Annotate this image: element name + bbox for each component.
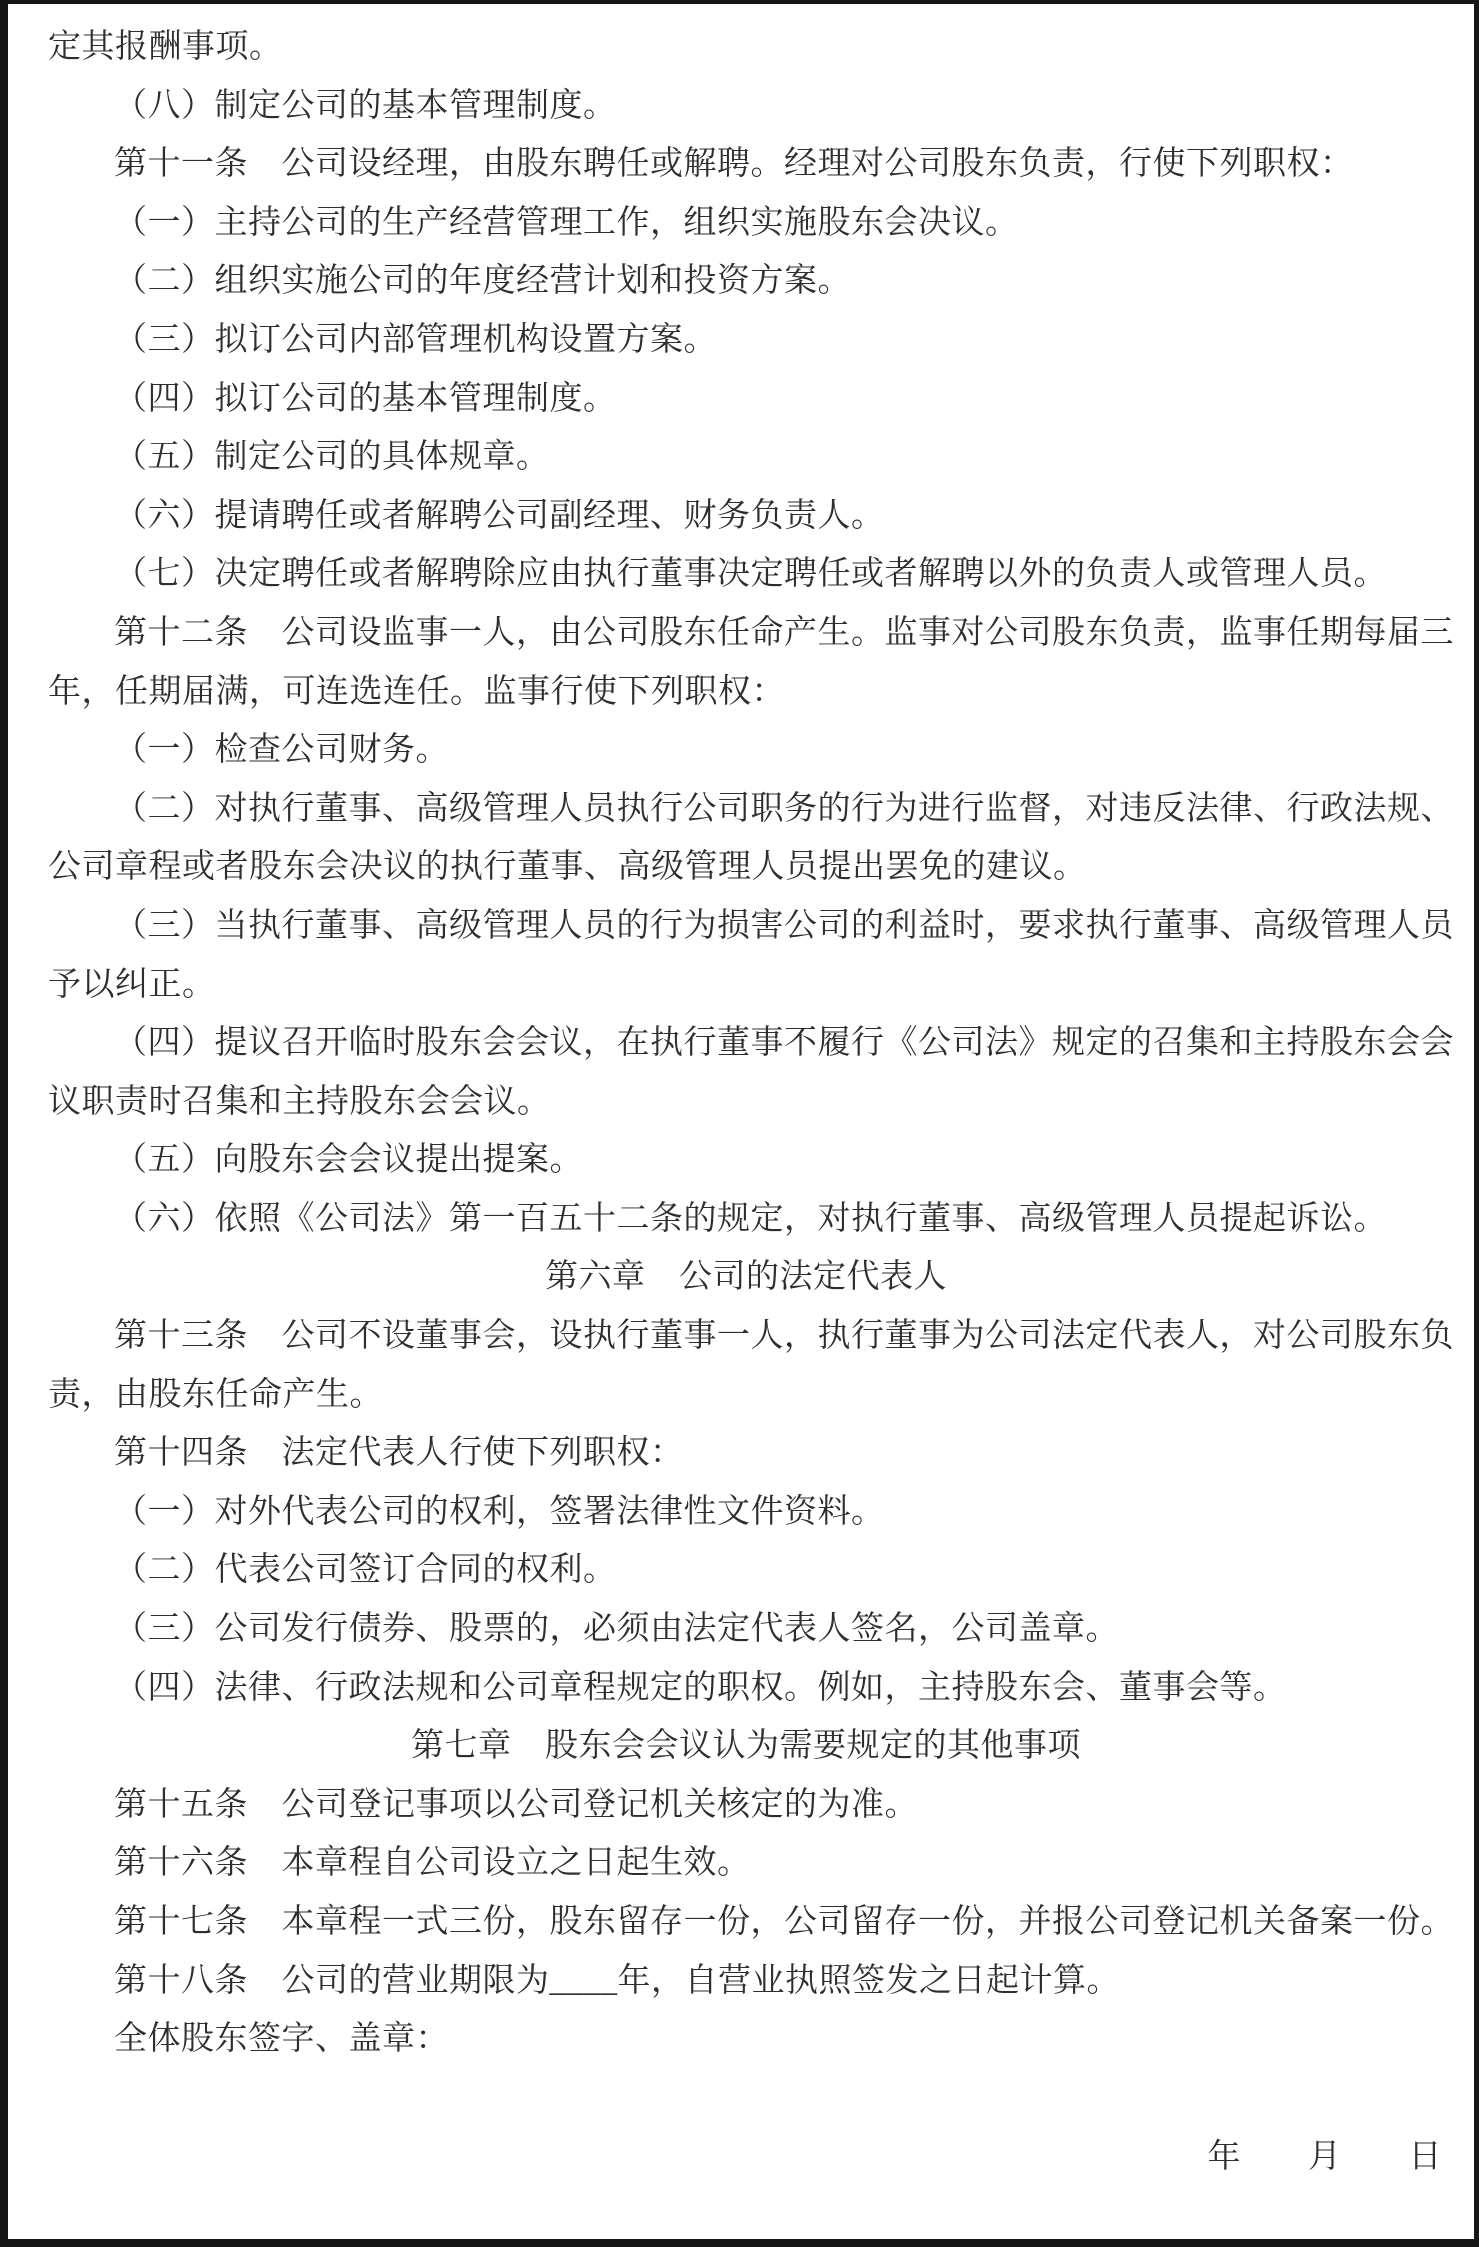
document-line: （三）拟订公司内部管理机构设置方案。 (48, 311, 1444, 370)
document-line: 年，任期届满，可连选连任。监事行使下列职权： (48, 663, 1444, 722)
document-page: 定其报酬事项。 （八）制定公司的基本管理制度。 第十一条 公司设经理，由股东聘任… (8, 4, 1474, 2239)
article-18-line: 第十八条 公司的营业期限为____年，自营业执照签发之日起计算。 (48, 1952, 1444, 2011)
document-line: （五）制定公司的具体规章。 (48, 428, 1444, 487)
article-11-line: 第十一条 公司设经理，由股东聘任或解聘。经理对公司股东负责，行使下列职权： (48, 135, 1444, 194)
article-16-line: 第十六条 本章程自公司设立之日起生效。 (48, 1834, 1444, 1893)
article-14-line: 第十四条 法定代表人行使下列职权： (48, 1424, 1444, 1483)
document-line: （六）提请聘任或者解聘公司副经理、财务负责人。 (48, 487, 1444, 546)
article-12-line: 第十二条 公司设监事一人，由公司股东任命产生。监事对公司股东负责，监事任期每届三 (48, 604, 1444, 663)
document-line: （二）对执行董事、高级管理人员执行公司职务的行为进行监督，对违反法律、行政法规、 (48, 780, 1444, 839)
document-line: 定其报酬事项。 (48, 18, 1444, 77)
document-line: （三）当执行董事、高级管理人员的行为损害公司的利益时，要求执行董事、高级管理人员 (48, 897, 1444, 956)
article-17-line: 第十七条 本章程一式三份，股东留存一份，公司留存一份，并报公司登记机关备案一份。 (48, 1893, 1444, 1952)
document-line: 责，由股东任命产生。 (48, 1366, 1444, 1425)
document-line: （四）拟订公司的基本管理制度。 (48, 370, 1444, 429)
document-line: （二）组织实施公司的年度经营计划和投资方案。 (48, 252, 1444, 311)
document-line: （四）提议召开临时股东会会议，在执行董事不履行《公司法》规定的召集和主持股东会会 (48, 1014, 1444, 1073)
document-line: （五）向股东会会议提出提案。 (48, 1131, 1444, 1190)
signature-line: 全体股东签字、盖章： (48, 2010, 1444, 2069)
document-content: 定其报酬事项。 （八）制定公司的基本管理制度。 第十一条 公司设经理，由股东聘任… (48, 18, 1444, 2186)
document-line: （四）法律、行政法规和公司章程规定的职权。例如，主持股东会、董事会等。 (48, 1659, 1444, 1718)
chapter-6-heading: 第六章 公司的法定代表人 (48, 1248, 1444, 1307)
document-line: （一）主持公司的生产经营管理工作，组织实施股东会决议。 (48, 194, 1444, 253)
chapter-7-heading: 第七章 股东会会议认为需要规定的其他事项 (48, 1717, 1444, 1776)
document-line: （六）依照《公司法》第一百五十二条的规定，对执行董事、高级管理人员提起诉讼。 (48, 1190, 1444, 1249)
article-13-line: 第十三条 公司不设董事会，设执行董事一人，执行董事为公司法定代表人，对公司股东负 (48, 1307, 1444, 1366)
document-line: （一）检查公司财务。 (48, 721, 1444, 780)
document-line: 予以纠正。 (48, 956, 1444, 1015)
article-15-line: 第十五条 公司登记事项以公司登记机关核定的为准。 (48, 1776, 1444, 1835)
document-line: 公司章程或者股东会决议的执行董事、高级管理人员提出罢免的建议。 (48, 838, 1444, 897)
document-line: 议职责时召集和主持股东会会议。 (48, 1073, 1444, 1132)
document-line: （三）公司发行债券、股票的，必须由法定代表人签名，公司盖章。 (48, 1600, 1444, 1659)
document-line: （一）对外代表公司的权利，签署法律性文件资料。 (48, 1483, 1444, 1542)
date-line: 年 月 日 (48, 2128, 1444, 2187)
document-line: （七）决定聘任或者解聘除应由执行董事决定聘任或者解聘以外的负责人或管理人员。 (48, 545, 1444, 604)
document-line: （二）代表公司签订合同的权利。 (48, 1541, 1444, 1600)
document-line: （八）制定公司的基本管理制度。 (48, 77, 1444, 136)
